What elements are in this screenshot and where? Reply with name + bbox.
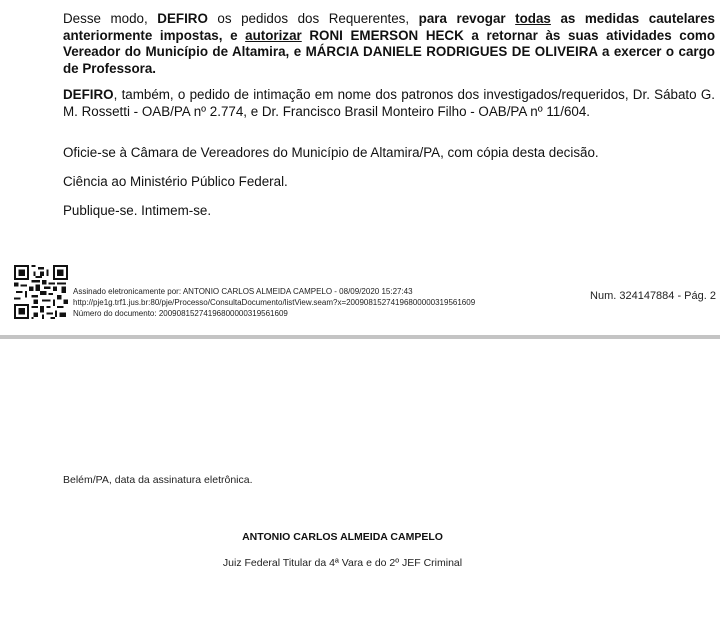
bold-text: DEFIRO xyxy=(157,11,208,26)
text: , também, o pedido de intimação em nome … xyxy=(63,87,715,119)
page-separator xyxy=(0,335,720,339)
oficie-paragraph: Oficie-se à Câmara de Vereadores do Muni… xyxy=(63,145,599,162)
judge-name: ANTONIO CARLOS ALMEIDA CAMPELO xyxy=(0,531,685,543)
page-number-label: Num. 324147884 - Pág. 2 xyxy=(590,290,716,302)
judge-role: Juiz Federal Titular da 4ª Vara e do 2º … xyxy=(0,557,685,569)
ciencia-paragraph: Ciência ao Ministério Público Federal. xyxy=(63,174,288,191)
decision-paragraph: Desse modo, DEFIRO os pedidos dos Requer… xyxy=(63,11,715,77)
underlined-text: todas xyxy=(515,11,551,26)
underlined-text: autorizar xyxy=(245,28,302,43)
electronic-signature-block: Assinado eletronicamente por: ANTONIO CA… xyxy=(73,286,475,319)
bold-text: para revogar xyxy=(419,11,516,26)
document-number-text: Número do documento: 2009081527419680000… xyxy=(73,308,475,319)
qr-code-icon xyxy=(14,265,68,319)
place-date-text: Belém/PA, data da assinatura eletrônica. xyxy=(63,474,253,486)
bold-text: DEFIRO xyxy=(63,87,114,102)
signed-by-text: Assinado eletronicamente por: ANTONIO CA… xyxy=(73,286,475,297)
verification-url-link[interactable]: http://pje1g.trf1.jus.br:80/pje/Processo… xyxy=(73,297,475,308)
text: Desse modo, xyxy=(63,11,157,26)
intimation-paragraph: DEFIRO, também, o pedido de intimação em… xyxy=(63,87,715,120)
text: os pedidos dos Requerentes, xyxy=(208,11,419,26)
publique-paragraph: Publique-se. Intimem-se. xyxy=(63,203,211,220)
